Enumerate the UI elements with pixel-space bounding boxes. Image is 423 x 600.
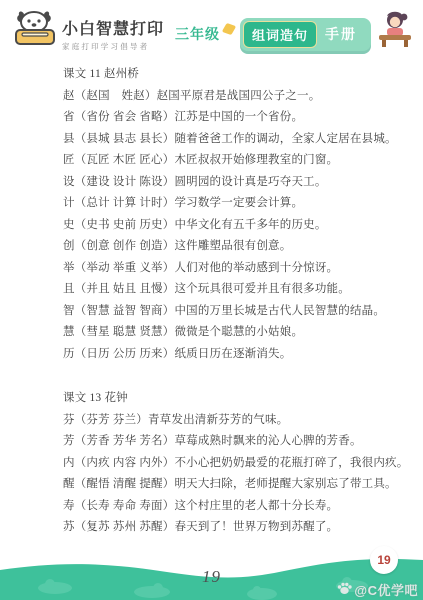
word-row: 创（创意 创作 创造）这件雕塑品很有创意。 bbox=[63, 236, 395, 258]
watermark-text: @C优学吧 bbox=[354, 580, 418, 599]
word-row: 内（内疚 内容 内外）不小心把奶奶最爱的花瓶打碎了，我很内疚。 bbox=[63, 453, 395, 475]
title-badge-group: 组词造句 手册 bbox=[240, 18, 371, 51]
section-title: 课文 13 花钟 bbox=[63, 388, 395, 410]
word-row: 赵（赵国 姓赵）赵国平原君是战国四公子之一。 bbox=[63, 86, 395, 108]
badge-primary: 组词造句 bbox=[243, 21, 317, 48]
word-row: 匠（瓦匠 木匠 匠心）木匠叔叔开始修理教室的门窗。 bbox=[63, 150, 395, 172]
word-row: 芬（芬芳 芬兰）青草发出清新芬芳的气味。 bbox=[63, 410, 395, 432]
word-row: 慧（彗星 聪慧 贤慧）微微是个聪慧的小姑娘。 bbox=[63, 322, 395, 344]
word-row: 寿（长寿 寿命 寿面）这个村庄里的老人都十分长寿。 bbox=[63, 496, 395, 518]
word-row: 历（日历 公历 历来）纸质日历在逐渐消失。 bbox=[63, 344, 395, 366]
word-row: 苏（复苏 苏州 苏醒）春天到了！世界万物到苏醒了。 bbox=[63, 517, 395, 539]
brand-text-block: 小白智慧打印 家庭打印学习倡导者 bbox=[62, 16, 164, 52]
brand-name: 小白智慧打印 bbox=[62, 16, 164, 39]
brand-tagline: 家庭打印学习倡导者 bbox=[62, 41, 164, 52]
girl-at-desk-icon bbox=[373, 8, 413, 53]
paw-icon bbox=[337, 581, 352, 598]
word-row: 计（总计 计算 计时）学习数学一定要会计算。 bbox=[63, 193, 395, 215]
page-header: 小白智慧打印 家庭打印学习倡导者 三年级 组词造句 手册 bbox=[0, 6, 423, 56]
page-number: 19 bbox=[202, 567, 221, 587]
badge-secondary: 手册 bbox=[317, 24, 361, 44]
page-footer: 19 @C优学吧 19 bbox=[0, 544, 423, 600]
sparkle-icon bbox=[222, 23, 236, 35]
worksheet-page: 小白智慧打印 家庭打印学习倡导者 三年级 组词造句 手册 bbox=[0, 0, 423, 600]
word-row: 举（举动 举重 义举）人们对他的举动感到十分惊讶。 bbox=[63, 258, 395, 280]
section-title: 课文 11 赵州桥 bbox=[63, 64, 395, 86]
lesson-section-11: 课文 11 赵州桥 赵（赵国 姓赵）赵国平原君是战国四公子之一。 省（省份 省会… bbox=[63, 64, 395, 365]
header-badges: 三年级 组词造句 手册 bbox=[175, 16, 413, 53]
brand-logo: 小白智慧打印 家庭打印学习倡导者 bbox=[14, 8, 164, 55]
word-row: 醒（醒悟 清醒 提醒）明天大扫除，老师提醒大家别忘了带工具。 bbox=[63, 474, 395, 496]
word-row: 智（智慧 益智 智商）中国的万里长城是古代人民智慧的结晶。 bbox=[63, 301, 395, 323]
lesson-content: 课文 11 赵州桥 赵（赵国 姓赵）赵国平原君是战国四公子之一。 省（省份 省会… bbox=[63, 64, 395, 539]
word-row: 设（建设 设计 陈设）圆明园的设计真是巧夺天工。 bbox=[63, 172, 395, 194]
corner-page-badge: 19 bbox=[370, 546, 398, 574]
grade-label: 三年级 bbox=[175, 24, 220, 44]
word-row: 县（县城 县志 县长）随着爸爸工作的调动，全家人定居在县城。 bbox=[63, 129, 395, 151]
watermark: @C优学吧 bbox=[337, 580, 418, 599]
lesson-section-13: 课文 13 花钟 芬（芬芳 芬兰）青草发出清新芬芳的气味。 芳（芳香 芳华 芳名… bbox=[63, 388, 395, 539]
word-row: 且（并且 姑且 且慢）这个玩具很可爱并且有很多功能。 bbox=[63, 279, 395, 301]
word-row: 史（史书 史前 历史）中华文化有五千多年的历史。 bbox=[63, 215, 395, 237]
word-row: 芳（芳香 芳华 芳名）草莓成熟时飘来的沁人心脾的芳香。 bbox=[63, 431, 395, 453]
dog-printer-icon bbox=[14, 8, 58, 55]
word-row: 省（省份 省会 省略）江苏是中国的一个省份。 bbox=[63, 107, 395, 129]
